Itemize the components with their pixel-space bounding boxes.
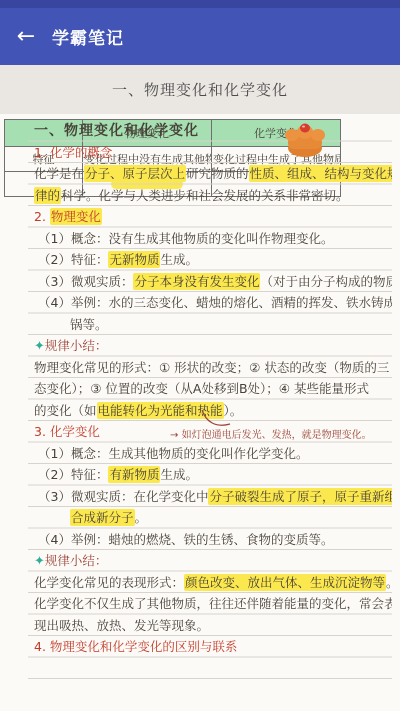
text-segment: 规律小结： <box>45 338 108 353</box>
text-segment: 分子本身没有发生变化 <box>133 273 260 290</box>
text-segment: 性质、组成、结构与变化规 <box>249 165 392 182</box>
arrow-icon: → <box>170 430 178 441</box>
text-segment: 1. 化学的概念 <box>34 145 112 160</box>
note-line: 1. 化学的概念 <box>28 142 392 164</box>
note-line: 化学变化常见的表现形式：颜色改变、放出气体、生成沉淀物等。 <box>28 572 392 594</box>
note-line: （2）特征：有新物质生成。 <box>28 464 392 486</box>
status-bar <box>0 0 400 8</box>
note-line: 物理变化常见的形式：① 形状的改变；② 状态的改变（物质的三 <box>28 357 392 379</box>
text-segment: （3）微观实质：在化学变化中 <box>38 489 208 504</box>
note-line: 一、物理变化和化学变化 <box>28 120 392 142</box>
note-line: （1）概念：生成其他物质的变化叫作化学变化。 <box>28 443 392 465</box>
text-segment: 2. <box>34 209 50 224</box>
chapter-title: 一、物理变化和化学变化 <box>112 79 288 100</box>
text-segment: （对于由分子构成的物质）。 <box>260 274 392 289</box>
text-segment: （3）微观实质： <box>38 274 133 289</box>
text-segment: 规律小结： <box>45 553 108 568</box>
text-segment: ✦ <box>34 339 45 354</box>
text-segment: 现出吸热、放热、发光等现象。 <box>34 618 209 633</box>
text-segment: 分子、原子层次上 <box>84 165 186 182</box>
note-line: （3）微观实质：分子本身没有发生变化（对于由分子构成的物质）。 <box>28 271 392 293</box>
app-title: 学霸笔记 <box>52 24 124 49</box>
text-segment: 物理变化常见的形式：① 形状的改变；② 状态的改变（物质的三 <box>34 360 389 375</box>
text-segment: 3. 化学变化 <box>34 424 100 439</box>
text-segment: 。 <box>135 510 148 525</box>
text-segment: 律的 <box>34 187 61 204</box>
text-segment: 。 <box>386 575 392 590</box>
text-segment: 物理变化 <box>50 208 102 225</box>
app-bar: ← 学霸笔记 <box>0 8 400 65</box>
chapter-header: 一、物理变化和化学变化 <box>0 65 400 114</box>
text-segment: 研究物质的 <box>186 166 249 181</box>
text-segment: 颜色改变、放出气体、生成沉淀物等 <box>184 574 386 591</box>
note-line: 化学变化不仅生成了其他物质，往往还伴随着能量的变化，常会表 <box>28 593 392 615</box>
text-segment: ✦ <box>34 554 45 569</box>
text-segment: （2）特征： <box>38 252 108 267</box>
text-segment: 有新物质 <box>108 466 160 483</box>
text-segment: 生成。 <box>160 467 198 482</box>
text-segment: 4. 物理变化和化学变化的区别与联系 <box>34 639 237 654</box>
text-segment: 合成新分子 <box>70 509 135 526</box>
back-button[interactable]: ← <box>0 8 52 65</box>
app-screen: ← 学霸笔记 一、物理变化和化学变化 一、物理变化和化学变化1. 化学的概念化学… <box>0 0 400 711</box>
note-line: 锅等。 <box>28 314 392 336</box>
text-segment: （1）概念：没有生成其他物质的变化叫作物理变化。 <box>38 231 333 246</box>
text-segment: 化学是在 <box>34 166 84 181</box>
note-line: ✦规律小结： <box>28 550 392 572</box>
text-segment: （2）特征： <box>38 467 108 482</box>
text-segment: 科学。化学与人类进步和社会发展的关系非常密切。 <box>61 188 349 203</box>
text-segment: 化学变化常见的表现形式： <box>34 575 184 590</box>
margin-annotation: → 如灯泡通电后发光、发热，就是物理变化。 <box>170 426 372 441</box>
note-line: （2）特征：无新物质生成。 <box>28 249 392 271</box>
text-segment: 一、物理变化和化学变化 <box>34 123 199 139</box>
note-paper: 一、物理变化和化学变化1. 化学的概念化学是在分子、原子层次上研究物质的性质、组… <box>0 114 400 711</box>
note-line: （4）举例：蜡烛的燃烧、铁的生锈、食物的变质等。 <box>28 529 392 551</box>
text-segment: （1）概念：生成其他物质的变化叫作化学变化。 <box>38 446 308 461</box>
note-line: 2. 物理变化 <box>28 206 392 228</box>
text-segment: 生成。 <box>160 252 198 267</box>
text-segment: 化学变化不仅生成了其他物质，往往还伴随着能量的变化，常会表 <box>34 596 392 611</box>
note-line: （4）举例：水的三态变化、蜡烛的熔化、酒精的挥发、铁水铸成 <box>28 292 392 314</box>
note-line: 合成新分子。 <box>28 507 392 529</box>
text-segment: 态变化）；③ 位置的改变（从A处移到B处）；④ 某些能量形式 <box>34 381 369 396</box>
note-line: （3）微观实质：在化学变化中分子破裂生成了原子，原子重新组 <box>28 486 392 508</box>
note-line: 态变化）；③ 位置的改变（从A处移到B处）；④ 某些能量形式 <box>28 378 392 400</box>
note-line: 现出吸热、放热、发光等现象。 <box>28 615 392 637</box>
back-arrow-icon: ← <box>17 24 35 49</box>
text-segment: 的变化（如 <box>34 403 97 418</box>
text-segment: （4）举例：水的三态变化、蜡烛的熔化、酒精的挥发、铁水铸成 <box>38 295 392 310</box>
text-segment: （4）举例：蜡烛的燃烧、铁的生锈、食物的变质等。 <box>38 532 333 547</box>
note-line: 化学是在分子、原子层次上研究物质的性质、组成、结构与变化规 <box>28 163 392 185</box>
annotation-text: 如灯泡通电后发光、发热，就是物理变化。 <box>182 430 372 441</box>
text-segment: 锅等。 <box>70 317 108 332</box>
note-line: ✦规律小结： <box>28 335 392 357</box>
note-line: （1）概念：没有生成其他物质的变化叫作物理变化。 <box>28 228 392 250</box>
note-line: 律的科学。化学与人类进步和社会发展的关系非常密切。 <box>28 185 392 207</box>
note-line: 4. 物理变化和化学变化的区别与联系 <box>28 636 392 658</box>
text-segment: 分子破裂生成了原子，原子重新组 <box>208 488 392 505</box>
text-segment: 无新物质 <box>108 251 160 268</box>
